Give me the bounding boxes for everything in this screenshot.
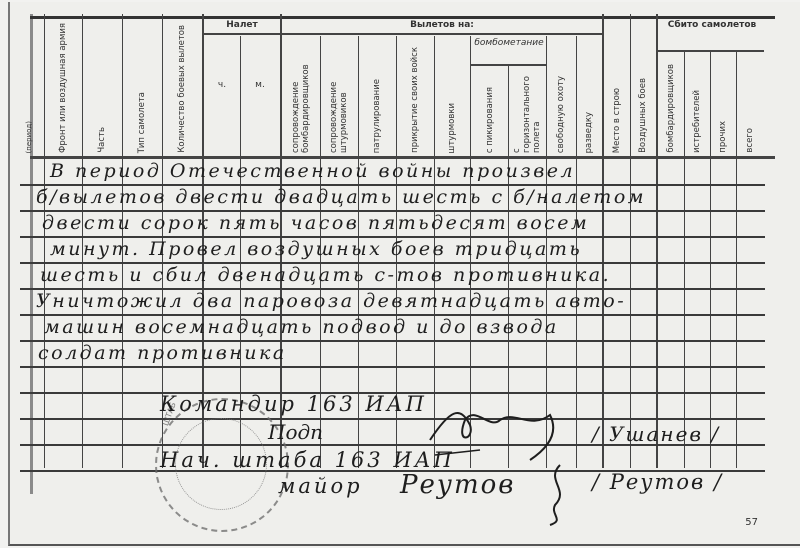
header-sub-rule	[656, 50, 764, 52]
chief-of-staff-line: Нач. штаба 163 ИАП	[160, 448, 455, 472]
header-free-hunt: свободную охоту	[546, 36, 576, 153]
chief-rank: майор	[278, 474, 363, 498]
header-sortie-count: Количество боевых вылетов	[162, 17, 202, 153]
column-rule	[602, 14, 604, 468]
header-escort-bombers: сопровождение бомбардировщиков	[282, 36, 320, 153]
header-shot-total: всего	[736, 52, 764, 153]
page-number: 57	[745, 517, 758, 528]
column-rule	[684, 52, 685, 468]
commander-rank: Подп	[268, 420, 323, 444]
column-rule	[710, 52, 711, 468]
header-dive-bombing: с пикирования	[472, 66, 508, 153]
handwritten-line: машин восемнадцать подвод и до взвода	[44, 316, 559, 338]
header-shot-bombers: бомбардировщиков	[658, 52, 684, 153]
header-level-bombing: с горизонтального полета	[508, 66, 546, 153]
column-rule	[630, 14, 631, 468]
row-rule	[20, 418, 765, 420]
header-minutes: м.	[240, 80, 280, 91]
header-aircraft-type: Тип самолета	[122, 17, 162, 153]
header-flight-time: Налет	[204, 20, 280, 31]
column-rule	[736, 52, 737, 468]
header-strafing: штурмовки	[434, 36, 470, 153]
handwritten-line: Уничтожил два паровоза девятнадцать авто…	[36, 290, 626, 312]
header-air-battles: Воздушных боев	[630, 17, 656, 153]
commander-line: Командир 163 ИАП	[160, 392, 427, 416]
header-shot-other: прочих	[710, 52, 736, 153]
handwritten-line: минут. Провел воздушных боев тридцать	[50, 238, 582, 260]
header-sub-rule	[470, 64, 546, 66]
chief-signature-flourish	[540, 460, 600, 530]
chief-name: / Реутов /	[592, 470, 723, 494]
header-escort-attack: сопровождение штурмовиков	[320, 36, 358, 153]
header-bottom-rule	[30, 156, 775, 159]
chief-signature: Реутов	[400, 470, 515, 500]
header-formation-place: Место в строю	[604, 17, 630, 153]
header-sub-rule	[202, 33, 280, 35]
handwritten-line: двести сорок пять часов пятьдесят восем	[42, 212, 589, 234]
header-period: (период)	[14, 17, 44, 153]
handwritten-line: солдат противника	[38, 342, 287, 364]
row-rule	[20, 366, 765, 368]
header-sub-rule	[282, 33, 602, 35]
header-recon: разведку	[576, 36, 602, 153]
column-rule	[656, 14, 658, 468]
header-hours: ч.	[204, 80, 240, 91]
commander-name: / Ушанев /	[592, 422, 720, 446]
header-front: Фронт или воздушная армия	[44, 17, 82, 153]
header-cover-troops: прикрытие своих войск	[396, 36, 434, 153]
header-shot-down: Сбито самолетов	[658, 20, 766, 31]
header-sorties-for: Вылетов на:	[282, 20, 602, 31]
header-bombing: бомбометание	[472, 38, 546, 49]
handwritten-line: б/вылетов двести двадцать шесть с б/нале…	[36, 186, 646, 208]
header-patrol: патрулирование	[358, 36, 396, 153]
header-shot-fighters: истребителей	[684, 52, 710, 153]
handwritten-line: шесть и сбил двенадцать с-тов противника…	[40, 264, 611, 286]
column-rule	[44, 14, 45, 468]
handwritten-line: В период Отечественной войны произвел	[50, 160, 575, 182]
header-unit: Часть	[82, 17, 122, 153]
